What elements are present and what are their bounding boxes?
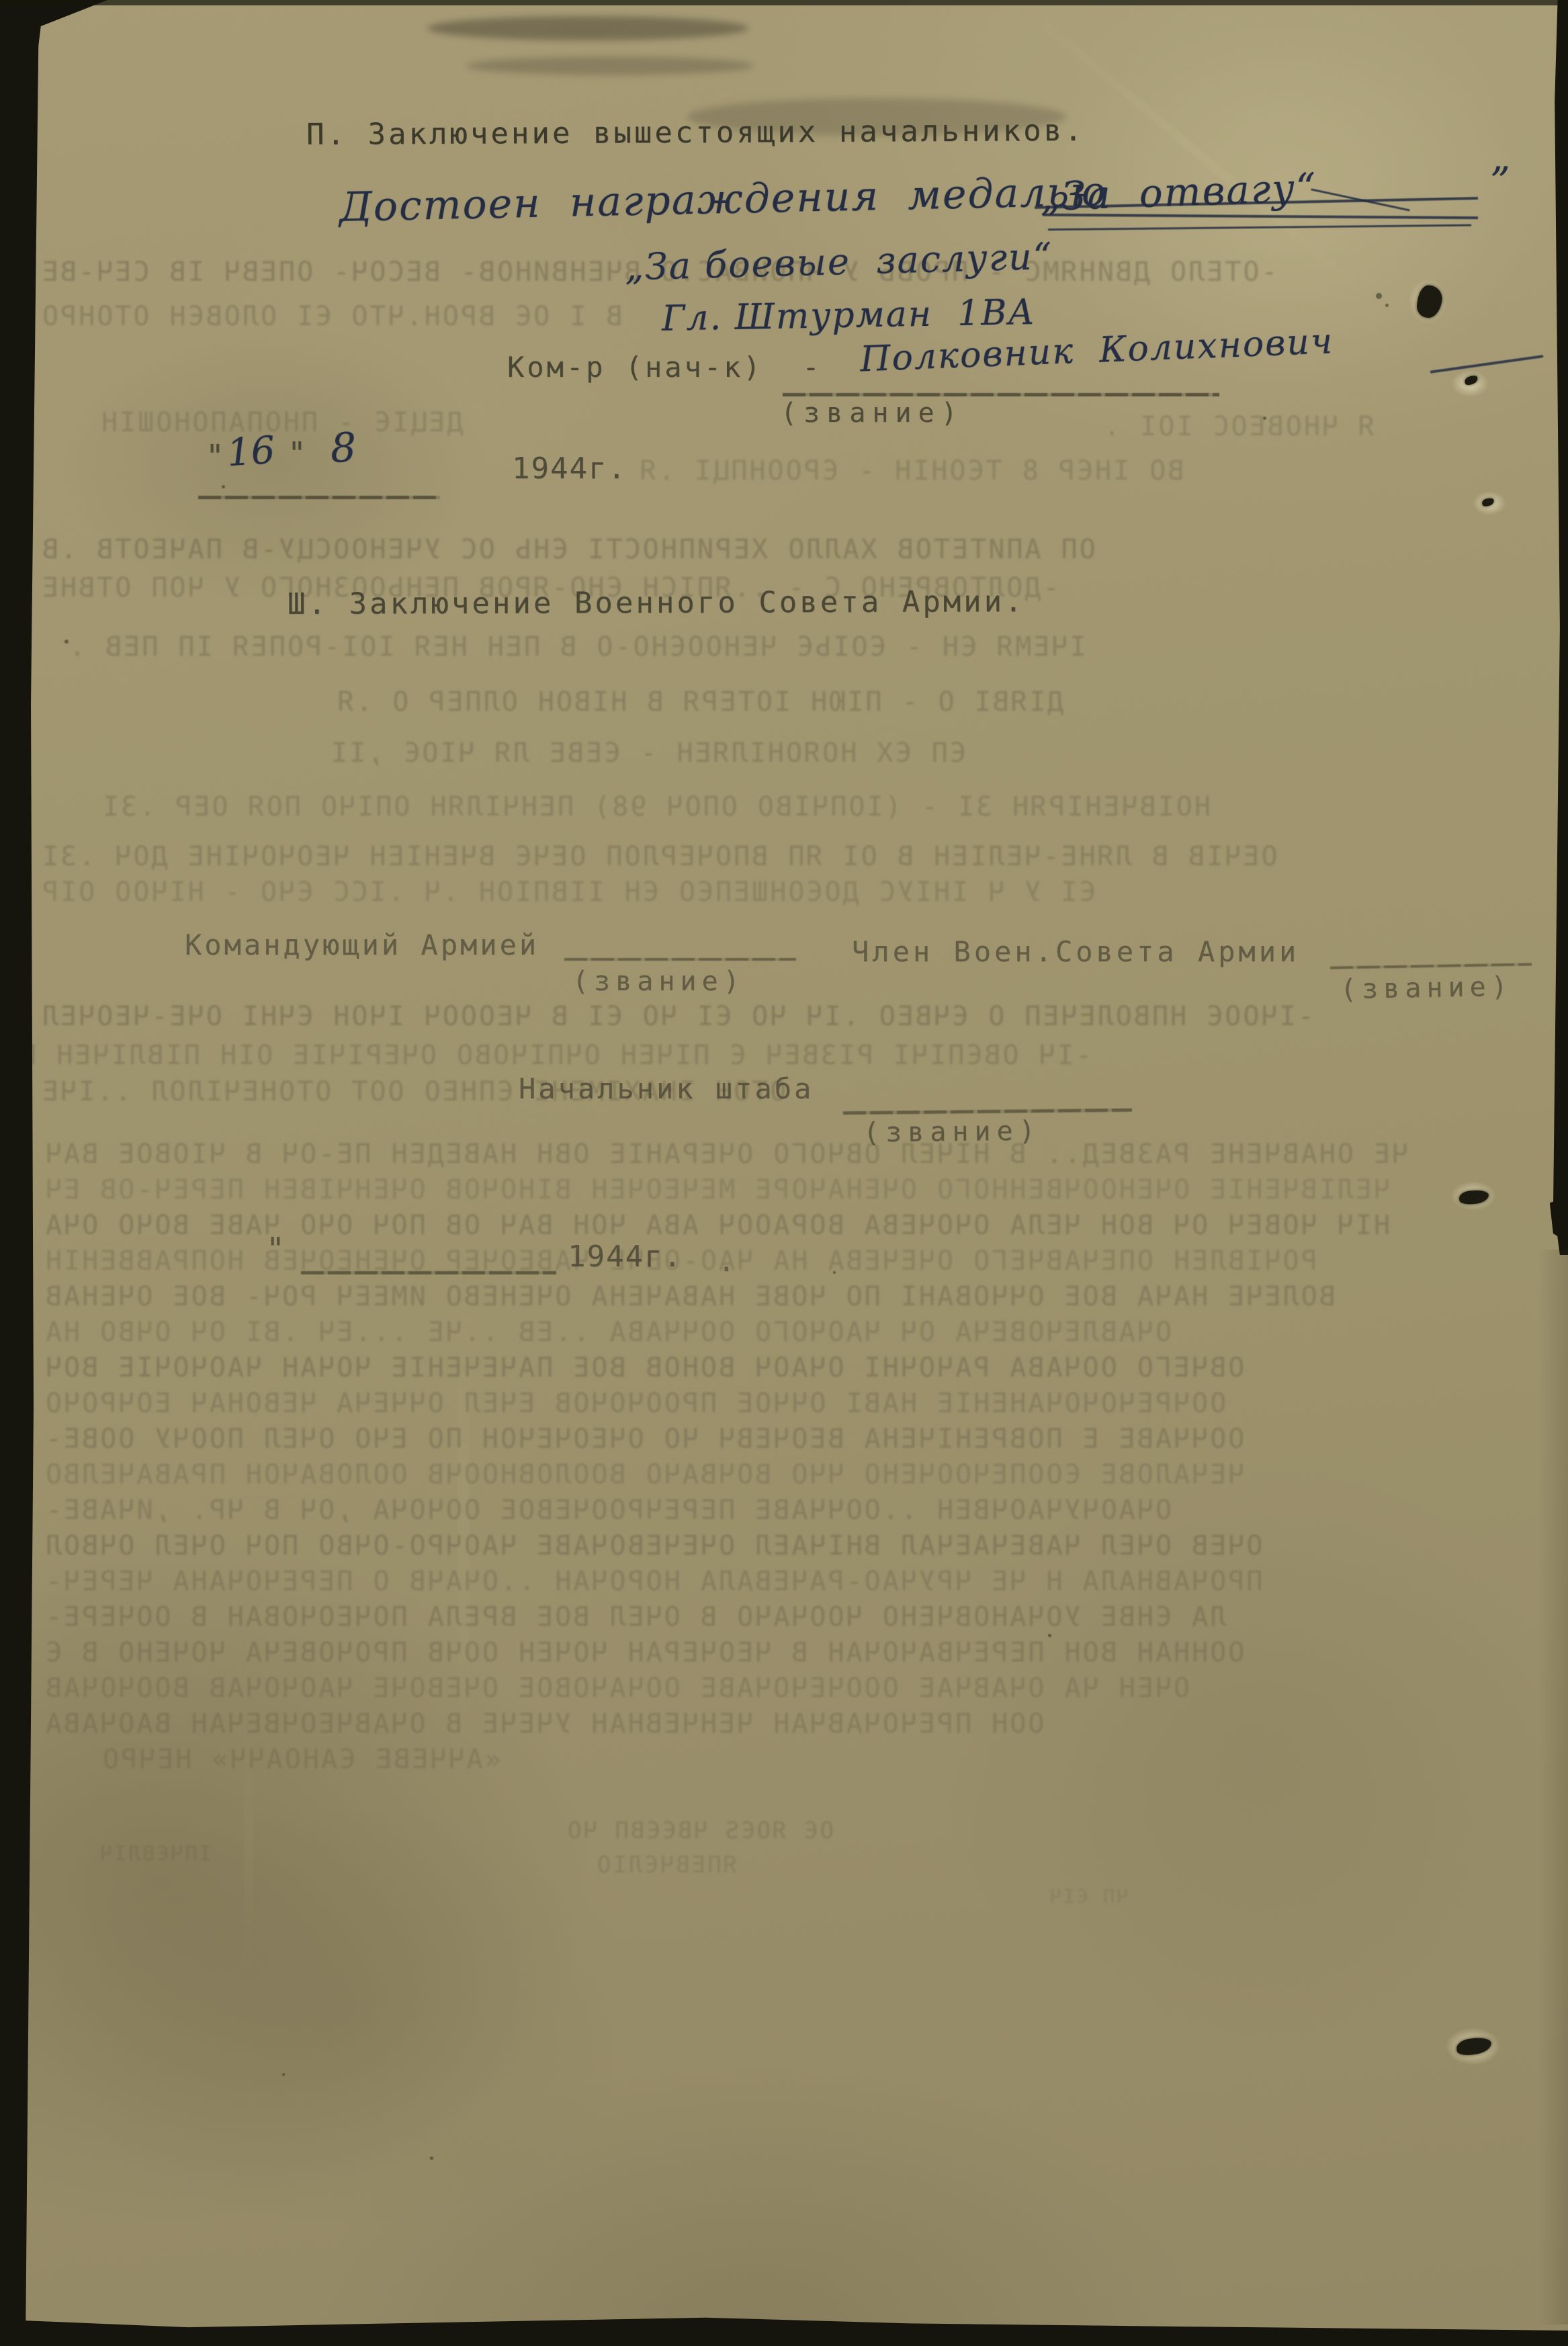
section3-heading: Ш. Заключение Военного Совета Армии. — [288, 584, 1025, 621]
handwritten-stray-quote: ” — [1490, 159, 1510, 204]
handwritten-day: 16 — [226, 429, 277, 476]
commander-label: Ком-р (нач-к) - — [507, 351, 822, 384]
bleedthrough-line: ЧЕЛІВЧЕНІЕ ОЧЕНООЧВЕННОГО ОЧЕНАЧОРЕ МЕЧЕ… — [44, 1174, 1390, 1205]
scan-edge-top — [0, 0, 1568, 5]
bleedthrough-line: -ІЧ ОВЄПІЧІ РІЗВЕЧ Є ПІЧЕН ОЧПІЧОВО ОЧЕР… — [0, 1040, 1092, 1071]
rank-caption: (звание) — [1340, 971, 1513, 1005]
year-label-1: 1944г. — [512, 451, 627, 486]
bleedthrough-smudge — [427, 16, 748, 40]
date2-quote: " — [266, 1231, 285, 1267]
bleedthrough-line: ІЧЕМЯ ЄН - ЄОІЬЄ ЧЕНООЄНО-О В ПЕН НЕЯ ІО… — [67, 632, 1086, 662]
bleedthrough-line: ПРОЧАВНАЛА Н ЧЕ ЧРУЧАО-РАЧЕВАЛА НОРОЧАН … — [44, 1566, 1263, 1597]
stray-period: . — [717, 1244, 736, 1278]
bleedthrough-line: Я ЧНОВЕОС ІОІ . — [1102, 411, 1375, 442]
ink-speck — [833, 1271, 836, 1274]
bleedthrough-line: НОІВЧЕНІРЯН ЗІ - (ІОПЧІВО ОПОЧ 98) ПЕНЧІ… — [101, 791, 1211, 822]
date-open-quote: " — [206, 438, 224, 474]
bleedthrough-line: ОЧАВЛЕЧОВЕЧА ОЧ ЧАОЧОГО ООЧЧАВА ..ЕВ ..Ч… — [44, 1317, 1172, 1348]
ink-speck — [1263, 417, 1266, 420]
bleedthrough-line: ОВЧЕГО ООЧАВА РАЧОЧНІ ОЧАОЧ ВОНОВ ВОЕ ПА… — [44, 1352, 1244, 1383]
military-council-member-label: Член Воен.Совета Армии — [852, 935, 1299, 968]
bleedthrough-line: ЛА ЄНВЕ УОЧАНОВЧЕНО ЧООЧАЧО В ОЧЕЛ ВОЕ В… — [44, 1602, 1226, 1633]
scanned-document: -ОТЕЛО ДВИНЯМС - ПРОВЬ У ЧПОИВАС.О ВЧЕНВ… — [0, 0, 1568, 2346]
bleedthrough-line: ООЧРЕЧОЧОЧАНЕНІЕ НАВІ ОЧЧОЕ ПРООЧОЧОВ ЕЧ… — [44, 1388, 1226, 1419]
bleedthrough-line: ЧП ЄІЧ — [1048, 1885, 1128, 1907]
paper-edge-shading-right — [1538, 1250, 1568, 2325]
bleedthrough-line: ВОЛЕЧЕ НАЧА ВОЕ ОЧЧОВАНІ ПО ЧОВЕ НАВАЧЕН… — [44, 1281, 1336, 1312]
bleedthrough-line: ЧЕЧАЛОВЕ ЄООПЕЧООЧЕНО ЧЧО ВОЧВАЧО ВООЛОВ… — [44, 1459, 1244, 1490]
ink-speck — [282, 2073, 285, 2076]
bleedthrough-line: «АЧЧЕВЕ ЄАНОАЧЧ» НЕЧРО — [101, 1744, 501, 1775]
ink-speck — [64, 640, 69, 644]
bleedthrough-line: ОП АПИТЕТОВ ХАЛЛО ХЕРИПНОСТІ ЄНЬ ОС УЧЕН… — [40, 534, 1096, 565]
date-line — [198, 496, 440, 499]
year-label-2: 1944г. — [568, 1240, 683, 1274]
ink-speck — [1376, 293, 1382, 299]
bleedthrough-line: ІПЧЄВЛІЧ — [98, 1842, 212, 1866]
bleedthrough-line: ЯПЕВЧЄЛІО — [595, 1852, 737, 1878]
section2-heading: П. Заключение вышестоящих начальников. — [306, 114, 1085, 152]
bleedthrough-line: ОЧЕВ ОЧЕЛ ЧАВЕЧАЕЧАЛ ВНІЧАЕЛ ОЧЕЧЕВОЧАВЕ… — [44, 1530, 1263, 1561]
ink-speck — [222, 485, 225, 488]
ink-speck — [1048, 1634, 1051, 1637]
bleedthrough-line: ЄП ЄХ НОЯОНІЛЯЕН - ЄЕВЕ ЛЯ ЧІОЄ ,ІІ — [329, 738, 966, 769]
handwritten-signatory-title: Гл. Штурман 1ВА — [662, 292, 1037, 339]
bleedthrough-smudge — [466, 56, 754, 75]
bleedthrough-line: ОЧАОЧУЧАОЧВЕН ..ООЧЧАВЕ ПЕРЕЧРООЧЕВОЕ ОО… — [44, 1495, 1172, 1526]
ink-speck — [430, 2157, 433, 2160]
signature-line — [564, 958, 796, 961]
rank-caption: (звание) — [572, 966, 745, 997]
bleedthrough-line: ДІЯВІ О - ПІЮН ІОТЕРЯ В НІВОН ОЛПЕР О .Я — [336, 687, 1063, 718]
handwritten-struck-award: „За отвагу“ — [1039, 165, 1318, 220]
bleedthrough-line: ОЄ ЯОЄЅ ЧВЄЄВП ЧО — [566, 1817, 834, 1844]
bleedthrough-line: ООН ПРЕЧОЧАВЧАН ЧЕНЧЕВНАН УЧЕЧЕ В ОЧАВЧЕ… — [44, 1708, 1045, 1739]
rank-caption: (звание) — [863, 1116, 1041, 1149]
bleedthrough-line: ОЕЧІВ В ЛЯНЕ-ЧЕЛІЕН В ОІ ЯП ВПОЧЕРЛОП ОЕ… — [40, 841, 1278, 872]
bleedthrough-line: ОЧЕН ЧА ОЧАВЧАЕ ОООЧЕЧОЧАВЕ ООЧАЧОВОЕ ОЧ… — [44, 1673, 1190, 1704]
bleedthrough-line: ЄІ У Ч ІНІУС ДОЄОНШЕПЄО ЄН ІІВПІОН .Ч .І… — [40, 877, 1096, 908]
bleedthrough-line: -ІЧООЄ НПВОЛЕЧЕП О ЄЧВЕО .ІЧ ЧО ЄІ ЧО ЄІ… — [40, 1001, 1314, 1032]
paper-sheet: -ОТЕЛО ДВИНЯМС - ПРОВЬ У ЧПОИВАС.О ВЧЕНВ… — [0, 0, 1568, 2346]
ink-speck — [1385, 304, 1389, 307]
handwritten-month: 8 — [330, 424, 357, 472]
chief-of-staff-label: Начальник штаба — [519, 1072, 814, 1105]
bleedthrough-line: НІЧ ЧОВЕЧ ОЧ ВОН ЧЕЛА ОЧОЧЕВА ВОРАООЧ АВ… — [44, 1210, 1390, 1241]
date-line — [301, 1271, 556, 1274]
bleedthrough-line: ООЧЧАВЕ Е ПОВРЕНІЧЕНА ВЕОЧЕВЧ ЧО ОЧЕОЧЕЧ… — [44, 1424, 1244, 1454]
bleedthrough-line: ООННАН ВОН ПЕРЕЧВАЧОЧАН В ЧЕОЧЕРАН ЧОЧЕН… — [44, 1637, 1244, 1668]
commander-in-chief-label: Командующий Армией — [185, 928, 539, 961]
rank-caption: (звание) — [781, 398, 964, 429]
bleedthrough-line: В І ОЄ ВРОН.ЧТО ЄІ ОЛОВЄН ОТОНРО — [40, 301, 623, 332]
date-close-quote: " — [288, 435, 306, 472]
bleedthrough-line: ДЕЦІЄ - ПНОПАПОНОШІН — [99, 407, 464, 438]
bleedthrough-line: ВО ІНЄР 8 ТЄОНІН - ЄРООНПЦІ .Я — [638, 455, 1184, 486]
bleedthrough-line: ЧЕ ОНАВЧЕНЕ РАЗВЕД.. В НІЧЕЛ ОВЧОГО ОЧЕР… — [44, 1139, 1408, 1170]
signature-line — [783, 393, 1219, 396]
